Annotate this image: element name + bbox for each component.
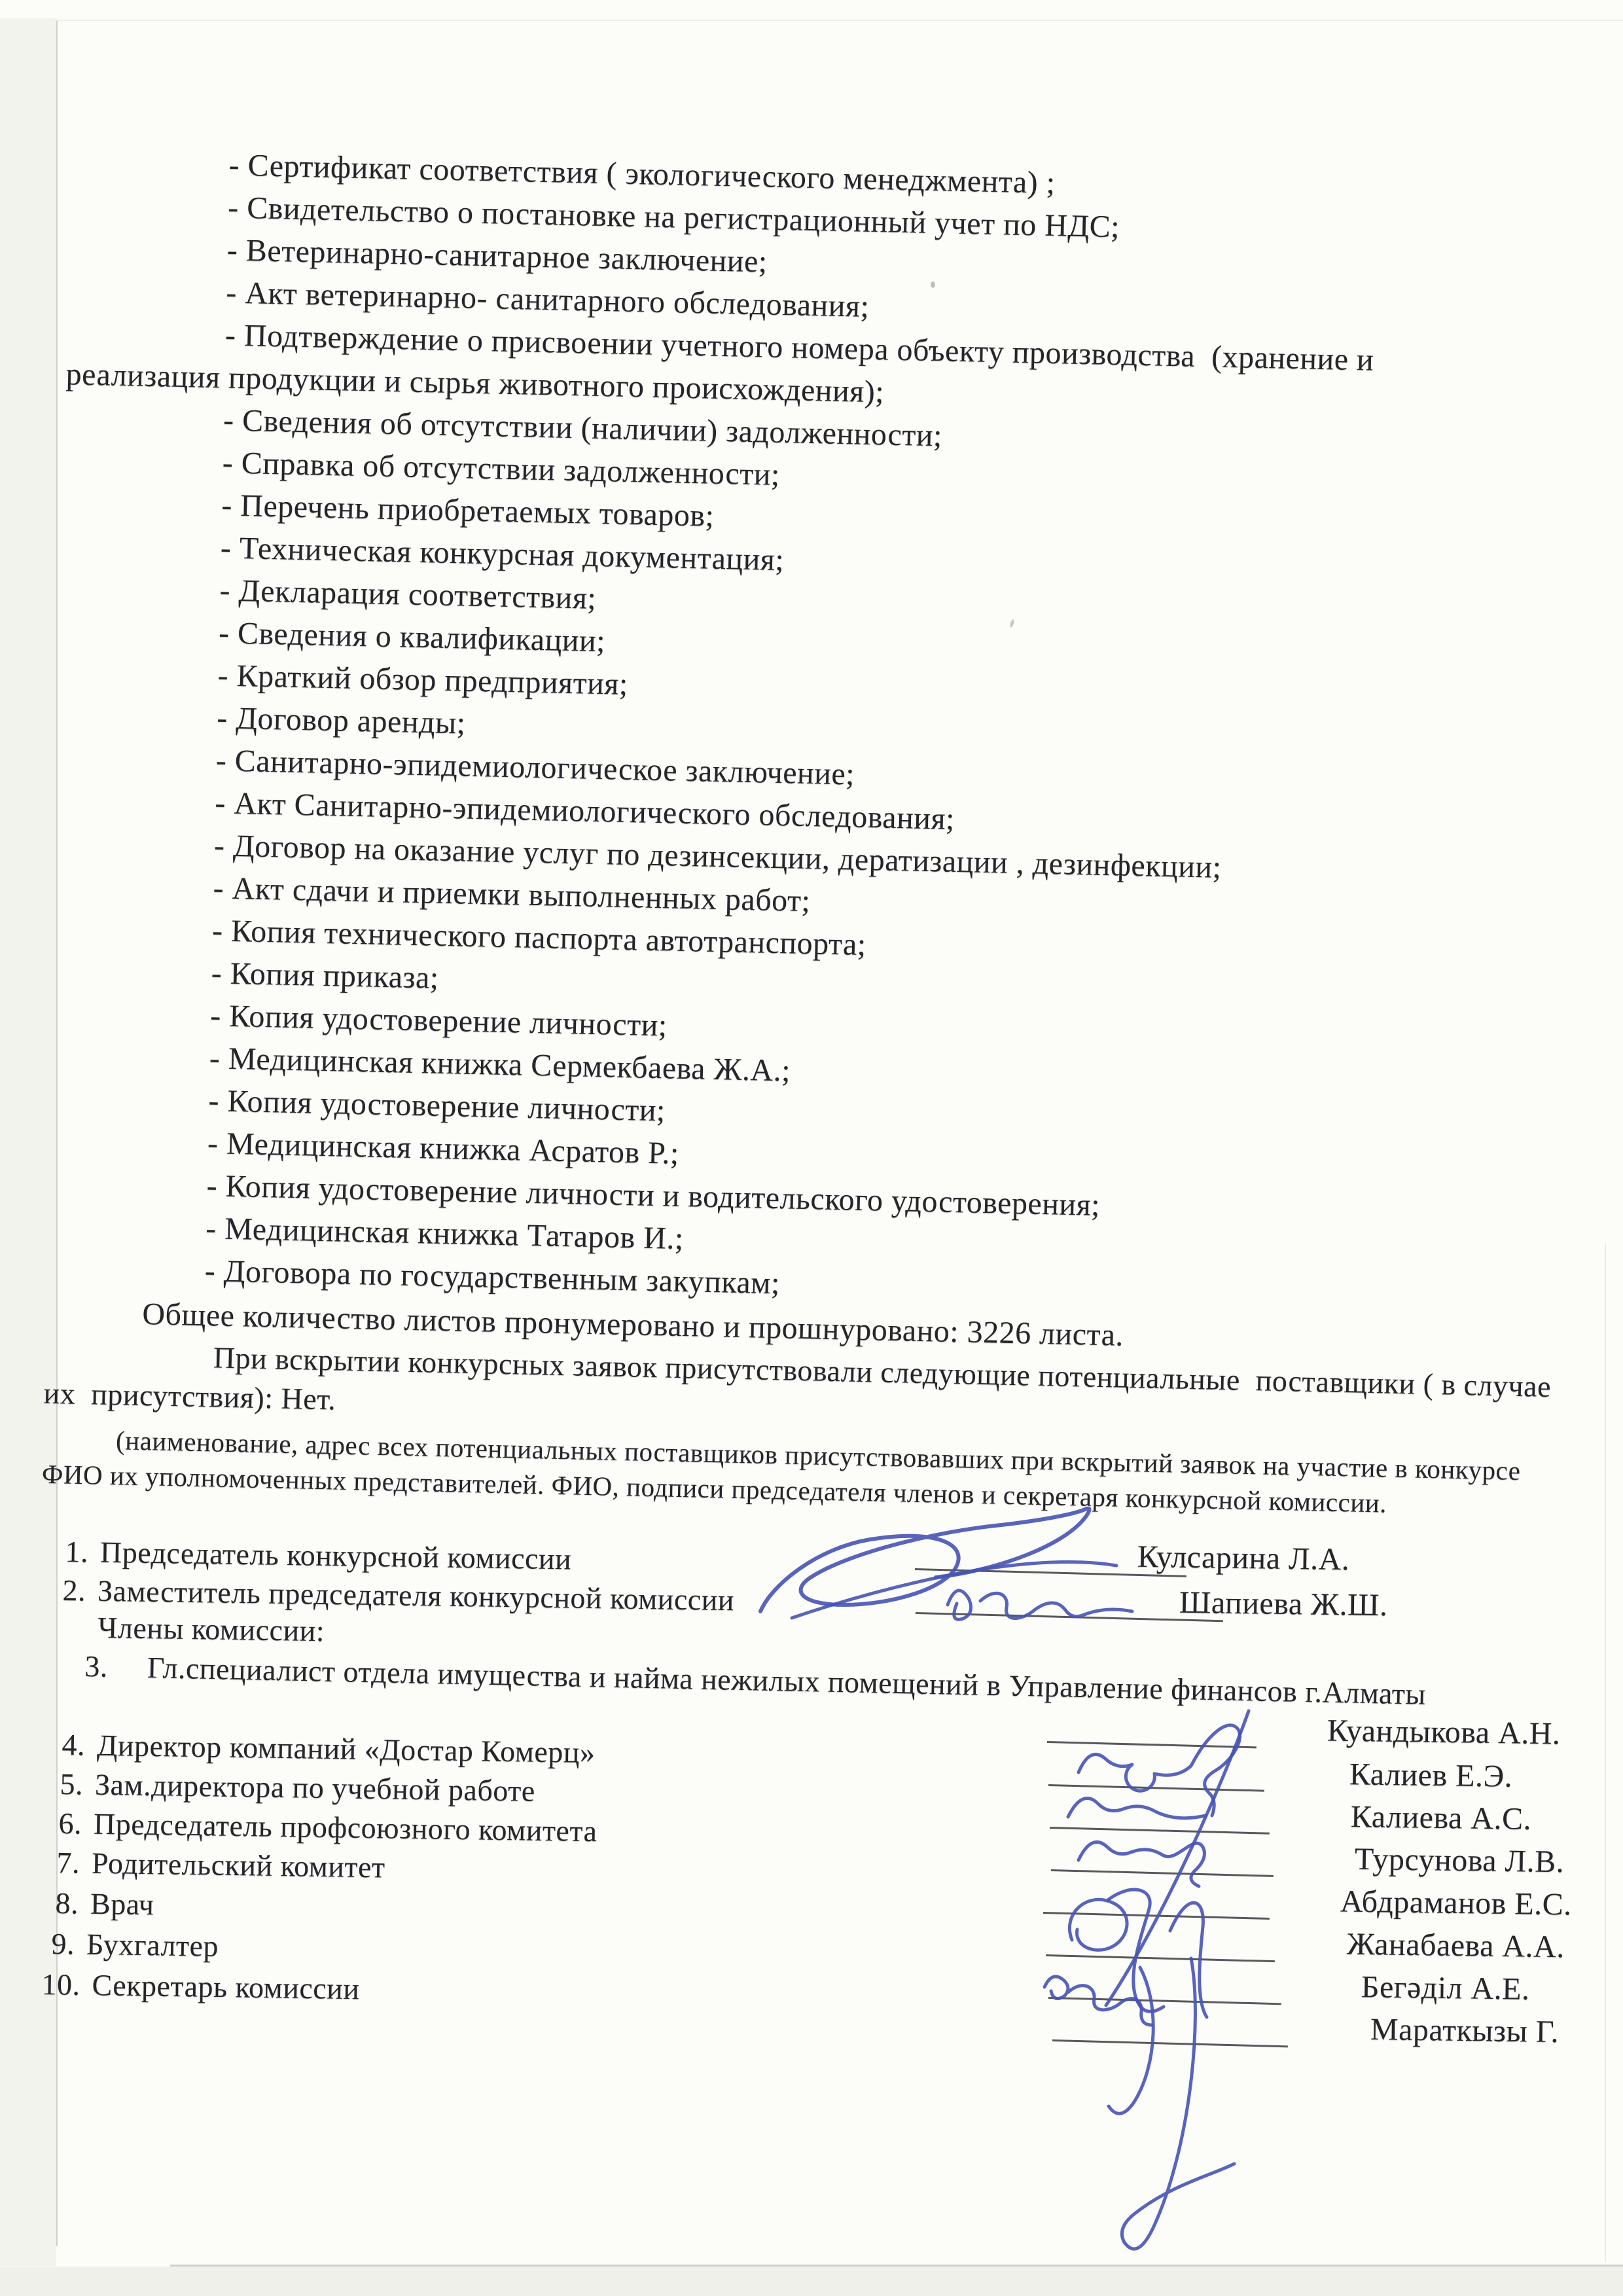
row-label-text: Директор компаний «Достар Комерц» xyxy=(97,1729,596,1769)
commission-row-label: 3.Гл.специалист отдела имущества и найма… xyxy=(84,1649,1610,1715)
signature-line xyxy=(1051,1869,1274,1877)
signature-ink-stroke xyxy=(1079,1842,1204,1886)
row-label-text: Зам.директора по учебной работе xyxy=(95,1768,535,1808)
page-edge-top-line xyxy=(56,20,1623,21)
commission-row-label: 5.Зам.директора по учебной работе xyxy=(60,1767,535,1808)
row-label-text: Секретарь комиссии xyxy=(92,1968,360,2005)
row-number: 9. xyxy=(51,1927,75,1962)
scanned-page: { "page": { "colors": { "paper": "#fcfcf… xyxy=(0,0,1623,2296)
row-number: 2. xyxy=(62,1573,86,1608)
row-label-text: Заместитель председателя конкурсной коми… xyxy=(98,1574,735,1617)
signature-line xyxy=(1043,1912,1270,1920)
commission-row-label: 7.Родительский комитет xyxy=(56,1846,385,1884)
commission-row-label: Члены комиссии: xyxy=(98,1611,325,1648)
signature-line xyxy=(1046,1954,1275,1962)
signer-name: Турсунова Л.В. xyxy=(1355,1843,1565,1878)
row-label-text: Председатель конкурсной комиссии xyxy=(100,1535,572,1576)
commission-row-label: 10.Секретарь комиссии xyxy=(41,1967,360,2006)
signature-line xyxy=(1048,1784,1264,1792)
signature-ink-stroke xyxy=(760,1509,1090,1611)
row-number: 3. xyxy=(84,1649,109,1684)
signature-line xyxy=(1048,1997,1281,2005)
signature-line xyxy=(1047,1741,1257,1748)
document-list-block: - Сертификат соответствия ( экологическо… xyxy=(41,140,1595,1524)
row-label-text: Врач xyxy=(90,1887,154,1921)
page-bottom-strip xyxy=(0,2267,1623,2296)
signature-ink-stroke xyxy=(1068,1799,1205,1818)
signature-line xyxy=(916,1612,1223,1622)
row-number: 10. xyxy=(41,1967,80,2002)
signer-name: Абдраманов Е.С. xyxy=(1340,1886,1572,1922)
commission-row-label: 6.Председатель профсоюзного комитета xyxy=(58,1806,597,1848)
row-label-text: Родительский комитет xyxy=(92,1846,385,1884)
row-number: 4. xyxy=(62,1728,85,1763)
signer-name: Калиева А.С. xyxy=(1351,1801,1532,1836)
commission-row-label: 8.Врач xyxy=(55,1886,154,1922)
signer-name: Жанабаева А.А. xyxy=(1347,1928,1565,1964)
row-number: 8. xyxy=(55,1886,79,1921)
row-label-text: Гл.специалист отдела имущества и найма н… xyxy=(147,1651,1426,1711)
row-label-text: Председатель профсоюзного комитета xyxy=(94,1807,597,1848)
row-label-text: Члены комиссии: xyxy=(98,1611,325,1647)
commission-row-label: 4.Директор компаний «Достар Комерц» xyxy=(62,1728,596,1770)
signature-ink-stroke xyxy=(1106,1711,1249,2005)
signature-line xyxy=(1050,1827,1270,1835)
signer-name: Мараткызы Г. xyxy=(1370,2013,1560,2049)
signature-line xyxy=(1052,2039,1288,2047)
signature-ink-stroke xyxy=(1109,1890,1164,2011)
signer-name: Куандыкова А.Н. xyxy=(1327,1715,1561,1751)
signer-name: Калиев Е.Э. xyxy=(1349,1758,1513,1793)
commission-row-label: 2.Заместитель председателя конкурсной ко… xyxy=(62,1573,734,1617)
signer-name: Шапиева Ж.Ш. xyxy=(1179,1587,1388,1622)
document-list: - Сертификат соответствия ( экологическо… xyxy=(46,140,1596,1321)
row-label-text: Бухгалтер xyxy=(86,1928,219,1963)
commission-row-label: 1.Председатель конкурсной комиссии xyxy=(65,1535,571,1576)
row-number: 7. xyxy=(56,1846,80,1880)
signer-name: Кулсарина Л.А. xyxy=(1137,1541,1350,1577)
signature-ink-stroke xyxy=(1079,1725,1240,1816)
row-number: 6. xyxy=(58,1806,82,1841)
signer-name: Бегәділ А.Е. xyxy=(1361,1971,1530,2006)
row-number: 1. xyxy=(65,1535,88,1570)
signature-ink-stroke xyxy=(1069,1899,1127,1950)
commission-row-label: 9.Бухгалтер xyxy=(51,1927,219,1964)
page-margin-left-strip xyxy=(0,18,56,2266)
page-edge-right-line xyxy=(1605,1244,1606,2262)
row-number: 5. xyxy=(60,1767,83,1802)
